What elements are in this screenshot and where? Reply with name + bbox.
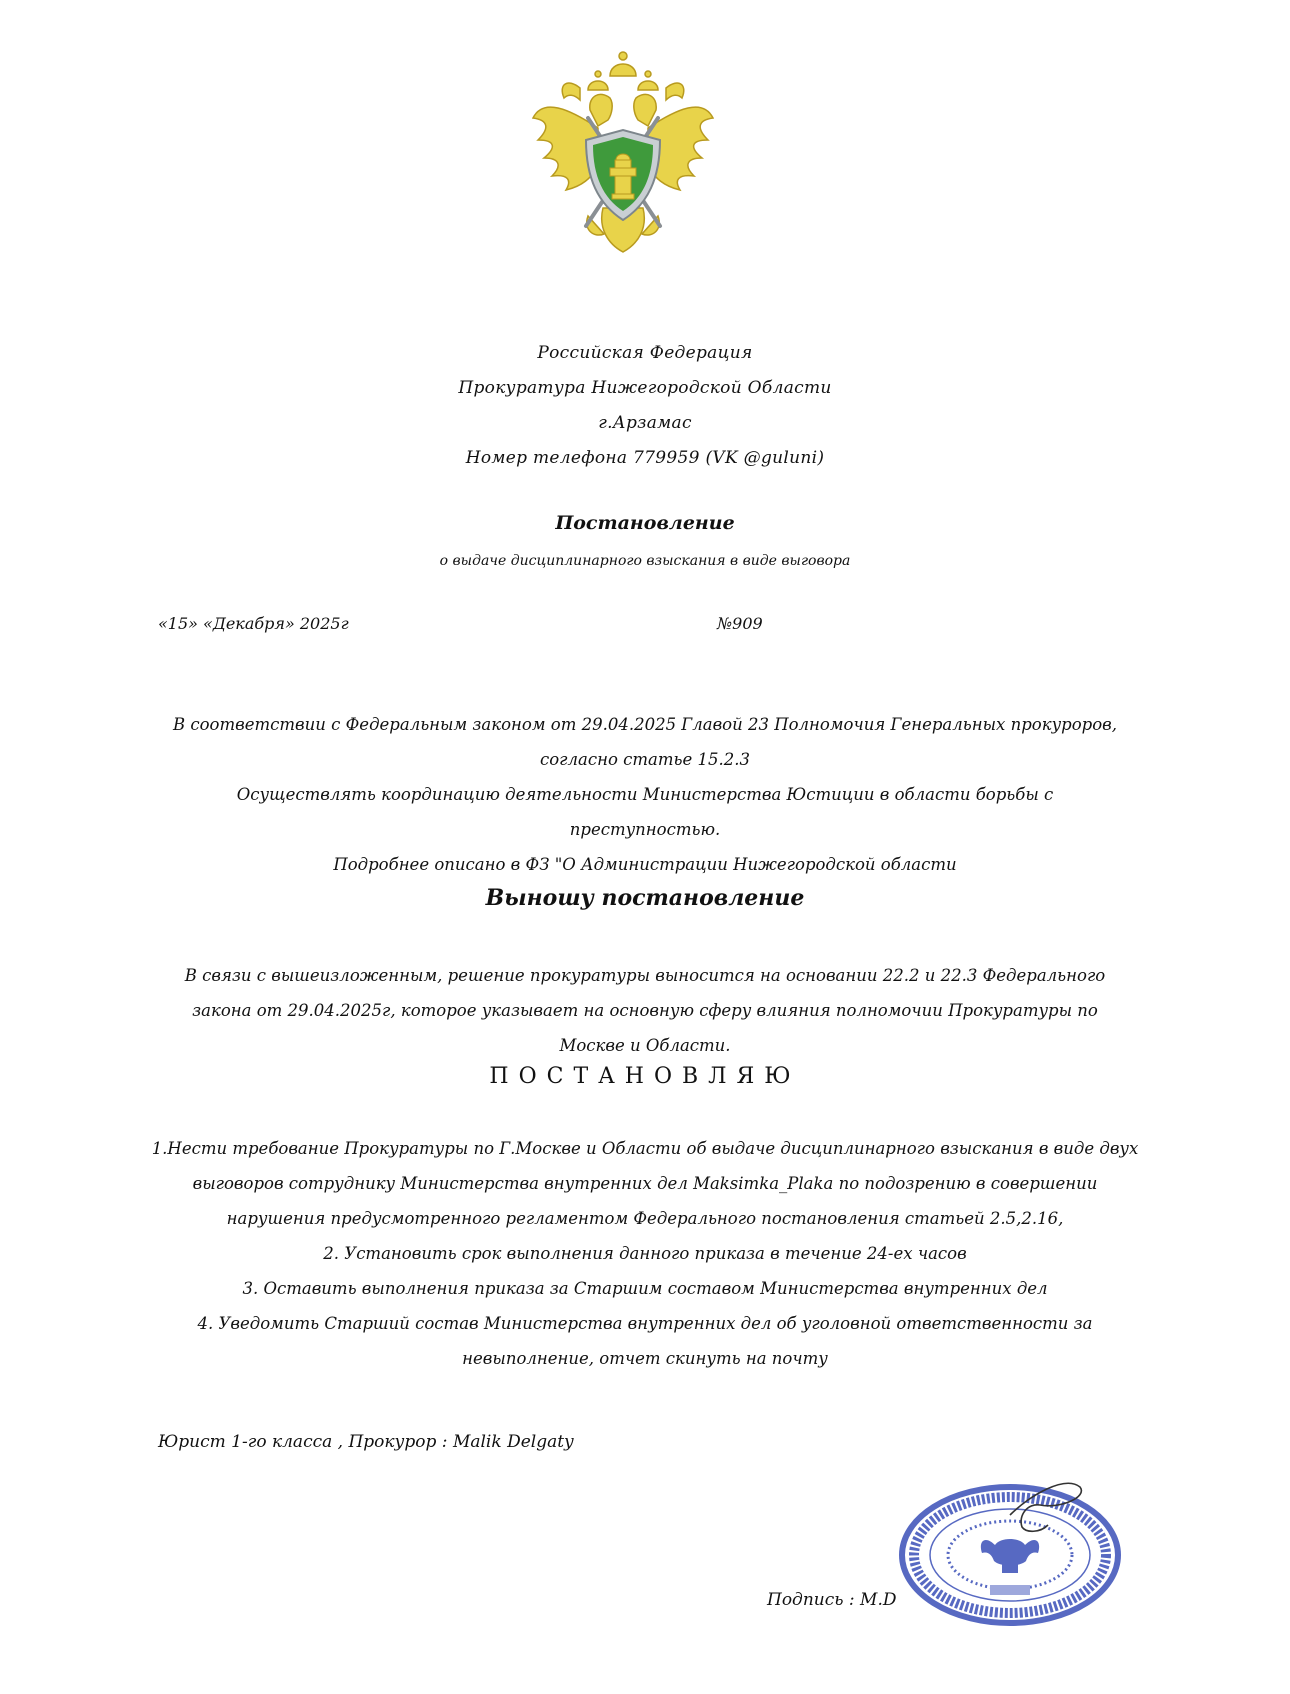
signatory-line: Юрист 1-го класса , Прокурор : Malik Del…	[158, 1432, 574, 1452]
document-title: Постановление	[0, 512, 1290, 534]
order-item: 4. Уведомить Старший состав Министерства…	[150, 1306, 1140, 1376]
document-subtitle: о выдаче дисциплинарного взыскания в вид…	[0, 553, 1290, 569]
official-seal-icon	[890, 1475, 1130, 1627]
issuer-header: Российская Федерация Прокуратура Нижегор…	[0, 336, 1290, 476]
decision-heading: Выношу постановление	[0, 885, 1290, 911]
preamble-line: Осуществлять координацию деятельности Ми…	[160, 777, 1130, 847]
order-item: 1.Нести требование Прокуратуры по Г.Моск…	[150, 1131, 1140, 1236]
resolve-heading: ПОСТАНОВЛЯЮ	[0, 1064, 1290, 1089]
preamble-line: В соответствии с Федеральным законом от …	[160, 707, 1130, 777]
preamble-paragraph: В соответствии с Федеральным законом от …	[160, 707, 1130, 882]
header-country: Российская Федерация	[0, 336, 1290, 371]
order-item: 2. Установить срок выполнения данного пр…	[150, 1236, 1140, 1271]
order-item: 3. Оставить выполнения приказа за Старши…	[150, 1271, 1140, 1306]
document-page: Российская Федерация Прокуратура Нижегор…	[0, 0, 1290, 1694]
orders-list: 1.Нести требование Прокуратуры по Г.Моск…	[150, 1131, 1140, 1376]
signature-label: Подпись : M.D	[767, 1590, 896, 1610]
decision-paragraph: В связи с вышеизложенным, решение прокур…	[160, 958, 1130, 1063]
document-date: «15» «Декабря» 2025г	[158, 614, 349, 633]
preamble-line: Подробнее описано в ФЗ "О Администрации …	[160, 847, 1130, 882]
prosecutor-emblem-icon	[528, 48, 718, 256]
header-agency: Прокуратура Нижегородской Области	[0, 371, 1290, 406]
header-phone: Номер телефона 779959 (VK @guluni)	[0, 441, 1290, 476]
document-number: №909	[717, 614, 763, 633]
header-city: г.Арзамас	[0, 406, 1290, 441]
